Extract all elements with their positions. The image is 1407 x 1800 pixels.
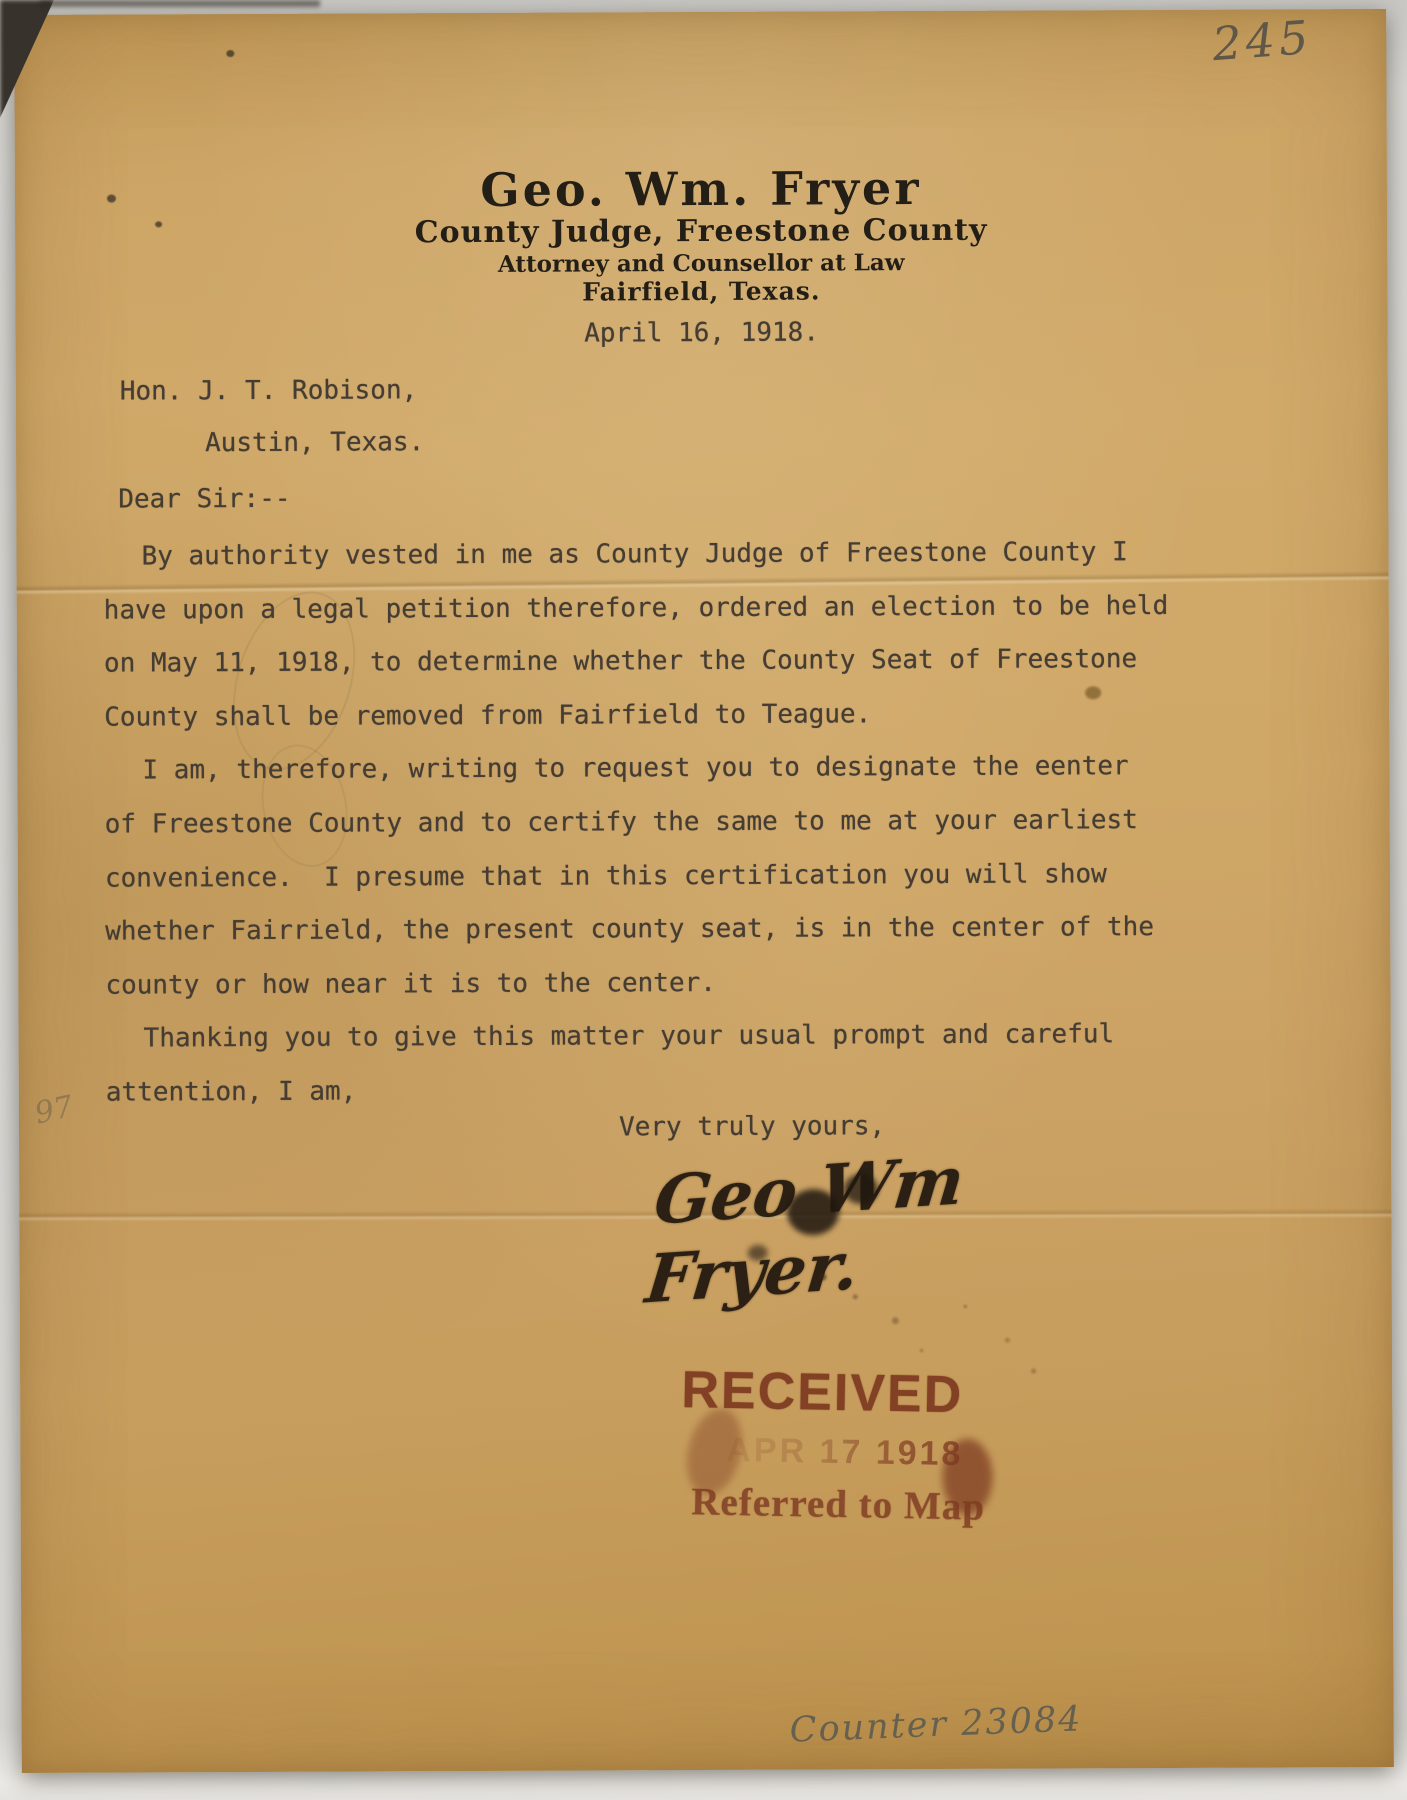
body-line: convenience. I presume that in this cert…: [105, 847, 1177, 905]
letterhead-location: Fairfield, Texas.: [15, 275, 1387, 309]
recipient-city: Austin, Texas.: [205, 427, 424, 458]
body-line: County shall be removed from Fairfield t…: [104, 687, 1176, 745]
counter-note: Counter 23084: [789, 1699, 1083, 1750]
margin-pencil-scribble: 97: [32, 1089, 77, 1131]
archive-number: 245: [1210, 10, 1314, 71]
signature-script: Geo Wm Fryer.: [642, 1136, 1038, 1318]
letterhead: Geo. Wm. Fryer County Judge, Freestone C…: [15, 161, 1388, 309]
closing-line: Very truly yours,: [619, 1111, 885, 1142]
body-line: have upon a legal petition therefore, or…: [104, 580, 1176, 638]
stamp-date-text: APR 17 1918: [726, 1431, 1041, 1476]
recipient-name: Hon. J. T. Robison,: [120, 375, 418, 406]
letterhead-name: Geo. Wm. Fryer: [15, 161, 1387, 217]
letter-body: By authority vested in me as County Judg…: [103, 526, 1178, 1120]
photo-backdrop: 245 97 Geo. Wm. Fryer County Judge, Free…: [0, 0, 1407, 1800]
paper-speck: [226, 50, 234, 57]
body-line: By authority vested in me as County Judg…: [103, 526, 1175, 584]
stamp-smudge: [942, 1439, 992, 1515]
body-line: whether Fairrield, the present county se…: [105, 901, 1177, 959]
signature: Geo Wm Fryer.: [646, 1137, 1034, 1292]
body-line: I am, therefore, writing to request you …: [104, 740, 1176, 798]
body-line: on May 11, 1918, to determine whether th…: [104, 633, 1176, 691]
body-line: of Freestone County and to certify the s…: [105, 794, 1177, 852]
date-line: April 16, 1918.: [16, 315, 1388, 351]
letter-page: 245 97 Geo. Wm. Fryer County Judge, Free…: [14, 9, 1394, 1773]
body-line: Thanking you to give this matter your us…: [106, 1008, 1178, 1066]
ink-specks: [820, 1273, 827, 1280]
body-line: county or how near it is to the center.: [105, 955, 1177, 1013]
salutation: Dear Sir:--: [118, 484, 290, 515]
letterhead-title: County Judge, Freestone County: [15, 211, 1387, 252]
top-edge-shadow: [40, 0, 320, 7]
